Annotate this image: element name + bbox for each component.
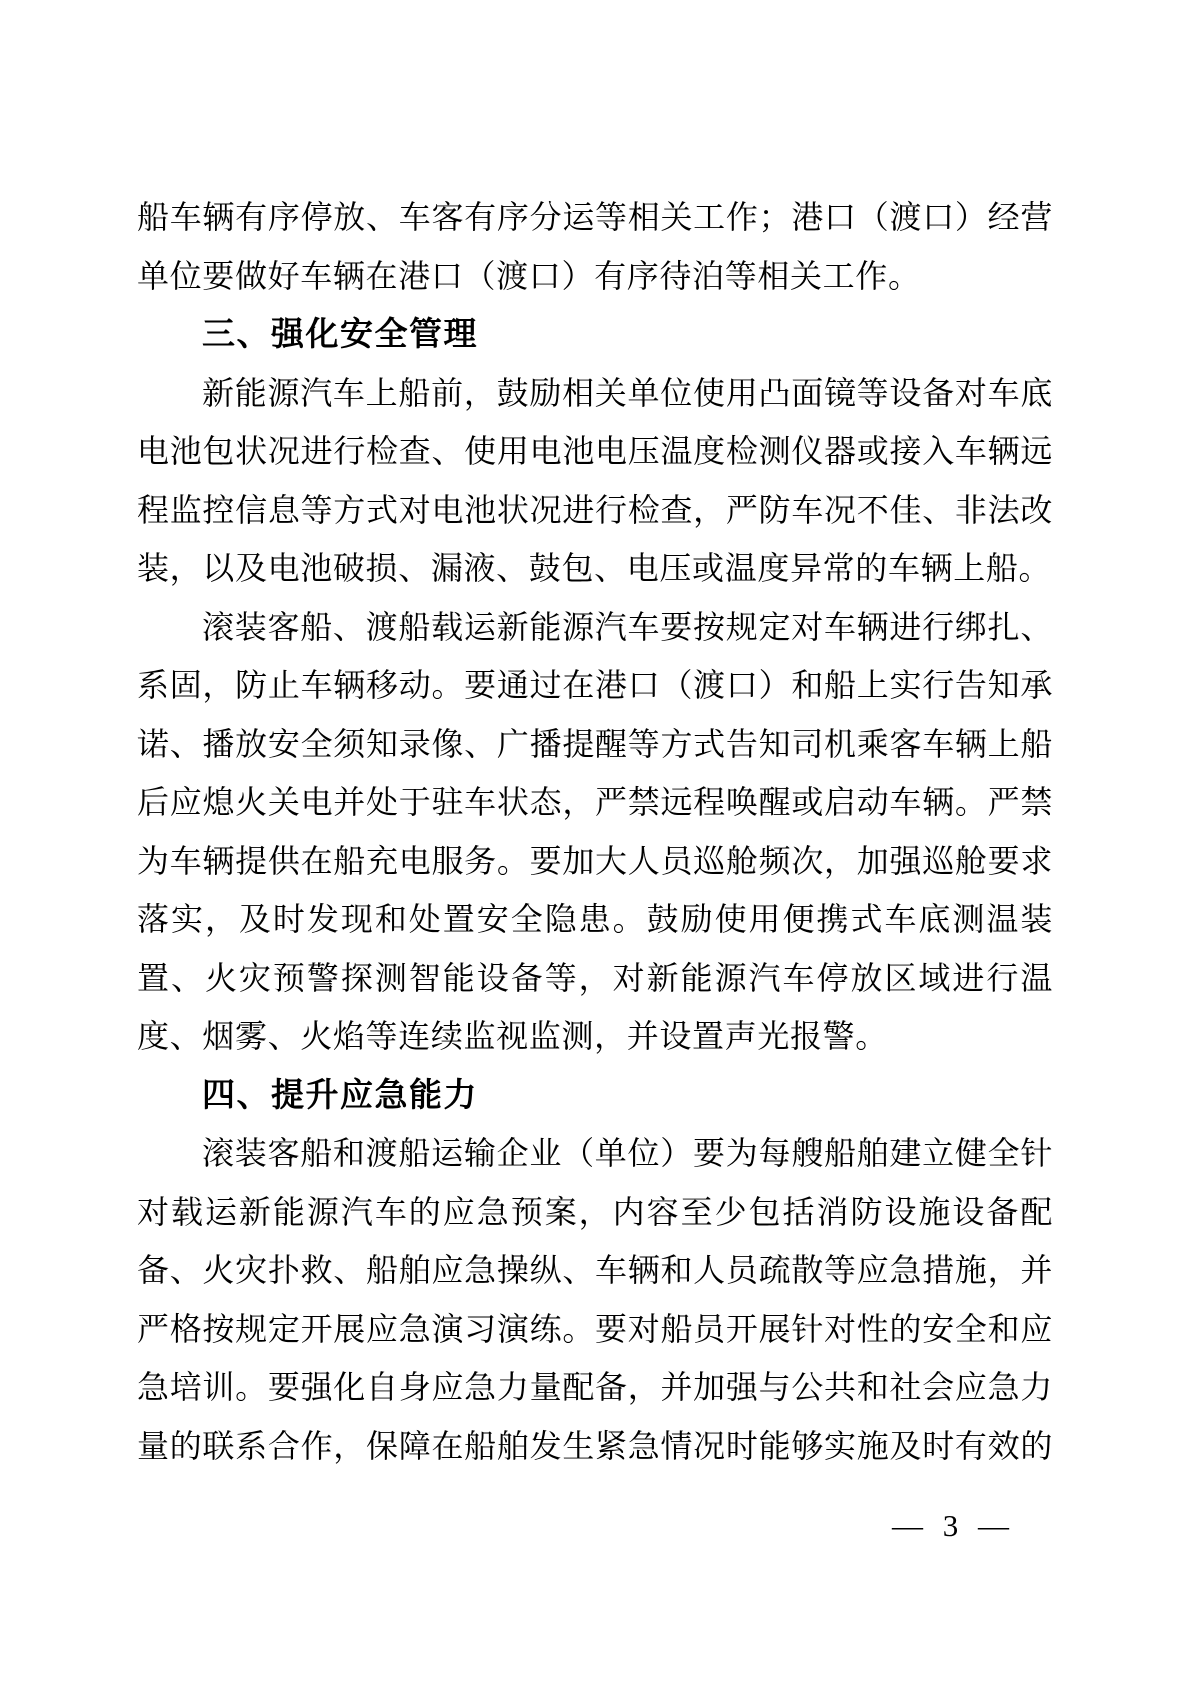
text-line: 系固，防止车辆移动。要通过在港口（渡口）和船上实行告知承: [137, 656, 1053, 715]
text-line: 备、火灾扑救、船舶应急操纵、车辆和人员疏散等应急措施，并: [137, 1241, 1053, 1300]
section-heading: 四、提升应急能力: [137, 1066, 1053, 1125]
paragraph: 新能源汽车上船前，鼓励相关单位使用凸面镜等设备对车底电池包状况进行检查、使用电池…: [137, 364, 1053, 598]
paragraph: 滚装客船、渡船载运新能源汽车要按规定对车辆进行绑扎、系固，防止车辆移动。要通过在…: [137, 598, 1053, 1066]
text-line: 单位要做好车辆在港口（渡口）有序待泊等相关工作。: [137, 247, 1053, 306]
document-body: 船车辆有序停放、车客有序分运等相关工作；港口（渡口）经营单位要做好车辆在港口（渡…: [137, 188, 1053, 1475]
text-line: 诺、播放安全须知录像、广播提醒等方式告知司机乘客车辆上船: [137, 715, 1053, 774]
text-line: 度、烟雾、火焰等连续监视监测，并设置声光报警。: [137, 1007, 1053, 1066]
page-number: — 3 —: [892, 1508, 1010, 1543]
text-line: 严格按规定开展应急演习演练。要对船员开展针对性的安全和应: [137, 1300, 1053, 1359]
text-line: 新能源汽车上船前，鼓励相关单位使用凸面镜等设备对车底: [137, 364, 1053, 423]
text-line: 滚装客船、渡船载运新能源汽车要按规定对车辆进行绑扎、: [137, 598, 1053, 657]
heading-text: 三、强化安全管理: [137, 305, 1053, 364]
text-line: 电池包状况进行检查、使用电池电压温度检测仪器或接入车辆远: [137, 422, 1053, 481]
text-line: 量的联系合作，保障在船舶发生紧急情况时能够实施及时有效的: [137, 1417, 1053, 1476]
heading-text: 四、提升应急能力: [137, 1066, 1053, 1125]
text-line: 为车辆提供在船充电服务。要加大人员巡舱频次，加强巡舱要求: [137, 832, 1053, 891]
paragraph: 船车辆有序停放、车客有序分运等相关工作；港口（渡口）经营单位要做好车辆在港口（渡…: [137, 188, 1053, 305]
text-line: 急培训。要强化自身应急力量配备，并加强与公共和社会应急力: [137, 1358, 1053, 1417]
text-line: 对载运新能源汽车的应急预案，内容至少包括消防设施设备配: [137, 1183, 1053, 1242]
page-footer: — 3 —: [892, 1506, 1010, 1546]
paragraph: 滚装客船和渡船运输企业（单位）要为每艘船舶建立健全针对载运新能源汽车的应急预案，…: [137, 1124, 1053, 1475]
text-line: 程监控信息等方式对电池状况进行检查，严防车况不佳、非法改: [137, 481, 1053, 540]
text-line: 落实，及时发现和处置安全隐患。鼓励使用便携式车底测温装: [137, 890, 1053, 949]
text-line: 船车辆有序停放、车客有序分运等相关工作；港口（渡口）经营: [137, 188, 1053, 247]
section-heading: 三、强化安全管理: [137, 305, 1053, 364]
text-line: 装，以及电池破损、漏液、鼓包、电压或温度异常的车辆上船。: [137, 539, 1053, 598]
text-line: 后应熄火关电并处于驻车状态，严禁远程唤醒或启动车辆。严禁: [137, 773, 1053, 832]
text-line: 置、火灾预警探测智能设备等，对新能源汽车停放区域进行温: [137, 949, 1053, 1008]
document-page: 船车辆有序停放、车客有序分运等相关工作；港口（渡口）经营单位要做好车辆在港口（渡…: [0, 0, 1191, 1684]
text-line: 滚装客船和渡船运输企业（单位）要为每艘船舶建立健全针: [137, 1124, 1053, 1183]
